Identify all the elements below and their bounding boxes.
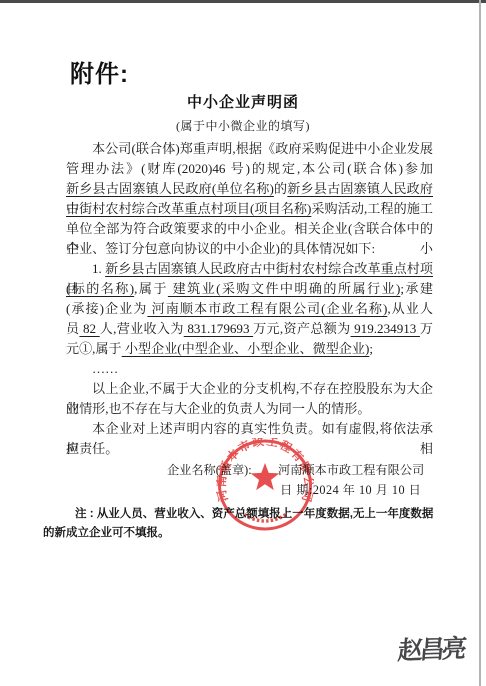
- body-line: 员 82 人,营业收入为 831.179693 万元,资产总额为 919.234…: [66, 319, 433, 339]
- document-page: 附件: 中小企业声明函 (属于中小微企业的填写) 本公司(联合体)郑重声明,根据…: [0, 0, 486, 686]
- filled-in-value: 河南顺本市政工程有限公司(企业名称): [147, 301, 387, 316]
- filled-in-value: 82: [79, 321, 99, 336]
- body-text: ;: [369, 341, 373, 356]
- filled-in-value: 建筑业(采购文件中明确的所属行业): [168, 281, 400, 296]
- company-name-value: 河南顺本市政工程有限公司: [278, 461, 424, 479]
- filled-in-value: 919.234913: [351, 321, 420, 336]
- filled-in-value: 小型企业(中型企业、小型企业、微型企业): [122, 341, 370, 356]
- note-line-1: 注 : 从业人员、营业收入、资产总额填报上一年度数据,无上一年度数据: [75, 505, 433, 521]
- body-line: 以上企业,不属于大企业的分支机构,不存在控股股东为大企业: [66, 379, 433, 399]
- body-text: ;承建: [400, 281, 433, 296]
- body-text: ,从业人: [387, 301, 433, 316]
- page-top-edge: [0, 0, 486, 3]
- body-text: 万元,资产总额为: [253, 321, 350, 336]
- date-label: 日 期:: [280, 483, 313, 497]
- body-text: ,属于: [134, 281, 168, 296]
- body-line: 新乡县古固寨镇人民政府(单位名称)的新乡县古固寨镇人民政府古: [66, 179, 433, 199]
- body-line: 中街村农村综合改革重点村项目(项目名称)采购活动,工程的施工: [66, 199, 433, 219]
- body-text: 本公司(联合体)郑重声明,根据《政府采购促进中小企业发展: [92, 141, 433, 156]
- body-line: ……: [66, 359, 433, 379]
- handwritten-signature: 赵昌亮: [396, 629, 465, 667]
- body-line: 本企业对上述声明内容的真实性负责。如有虚假,将依法承担相: [66, 419, 433, 439]
- body-line: 的情形,也不存在与大企业的负责人为同一人的情形。: [66, 399, 433, 419]
- body-text: (承接)企业为: [66, 301, 147, 316]
- note-line-2: 的新成立企业可不填报。: [43, 524, 170, 540]
- body-text: 采购活动,工程的施工: [311, 201, 433, 216]
- body-lines: 本公司(联合体)郑重声明,根据《政府采购促进中小企业发展管理办法》(财库(202…: [66, 139, 433, 459]
- body-line: (标的名称),属于 建筑业(采购文件中明确的所属行业);承建: [66, 279, 433, 299]
- filled-in-value: 中街村农村综合改革重点村项目(项目名称): [66, 201, 311, 216]
- body-line: 管理办法》(财库(2020)46 号)的规定,本公司(联合体)参加: [66, 159, 433, 179]
- body-text: 的情形,也不存在与大企业的负责人为同一人的情形。: [66, 401, 370, 416]
- date-line: 日 期:2024 年 10 月 10 日: [280, 481, 421, 499]
- filled-in-value: (标的名称): [66, 281, 134, 296]
- body-text: 的: [274, 181, 287, 196]
- body-line: 单位全部为符合政策要求的中小企业。相关企业(含联合体中的中小: [66, 219, 433, 239]
- body-text: ……: [92, 361, 118, 376]
- body-line: 1. 新乡县古固寨镇人民政府古中街村农村综合改革重点村项目: [66, 259, 433, 279]
- seal-star-icon: [251, 463, 280, 490]
- body-text: 人,营业收入为: [100, 321, 184, 336]
- body-text: 员: [66, 321, 79, 336]
- filled-in-value: 831.179693: [184, 321, 253, 336]
- doc-subtitle: (属于中小微企业的填写): [0, 117, 486, 134]
- body-text: 企业、签订分包意向协议的中小企业)的具体情况如下:: [66, 241, 375, 256]
- body-text: 元①,属于: [66, 341, 122, 356]
- body-text: 万: [420, 321, 433, 336]
- company-name-label: 企业名称(盖章):: [167, 461, 252, 479]
- body-line: 本公司(联合体)郑重声明,根据《政府采购促进中小企业发展: [66, 139, 433, 159]
- body-line: 元①,属于 小型企业(中型企业、小型企业、微型企业);: [66, 339, 433, 359]
- date-value: 2024 年 10 月 10 日: [313, 483, 422, 497]
- doc-title: 中小企业声明函: [0, 91, 486, 112]
- body-text: 本企业对上述声明内容的真实性负责。如有虚假,将依法承担相: [66, 421, 433, 456]
- body-text: 管理办法》(财库(2020)46 号)的规定,本公司(联合体)参加: [66, 161, 433, 176]
- body-text: 应责任。: [66, 441, 118, 456]
- body-text: 1.: [92, 261, 105, 276]
- attachment-heading: 附件:: [70, 54, 129, 89]
- filled-in-value: 新乡县古固寨镇人民政府(单位名称): [66, 181, 274, 196]
- body-line: (承接)企业为 河南顺本市政工程有限公司(企业名称),从业人: [66, 299, 433, 319]
